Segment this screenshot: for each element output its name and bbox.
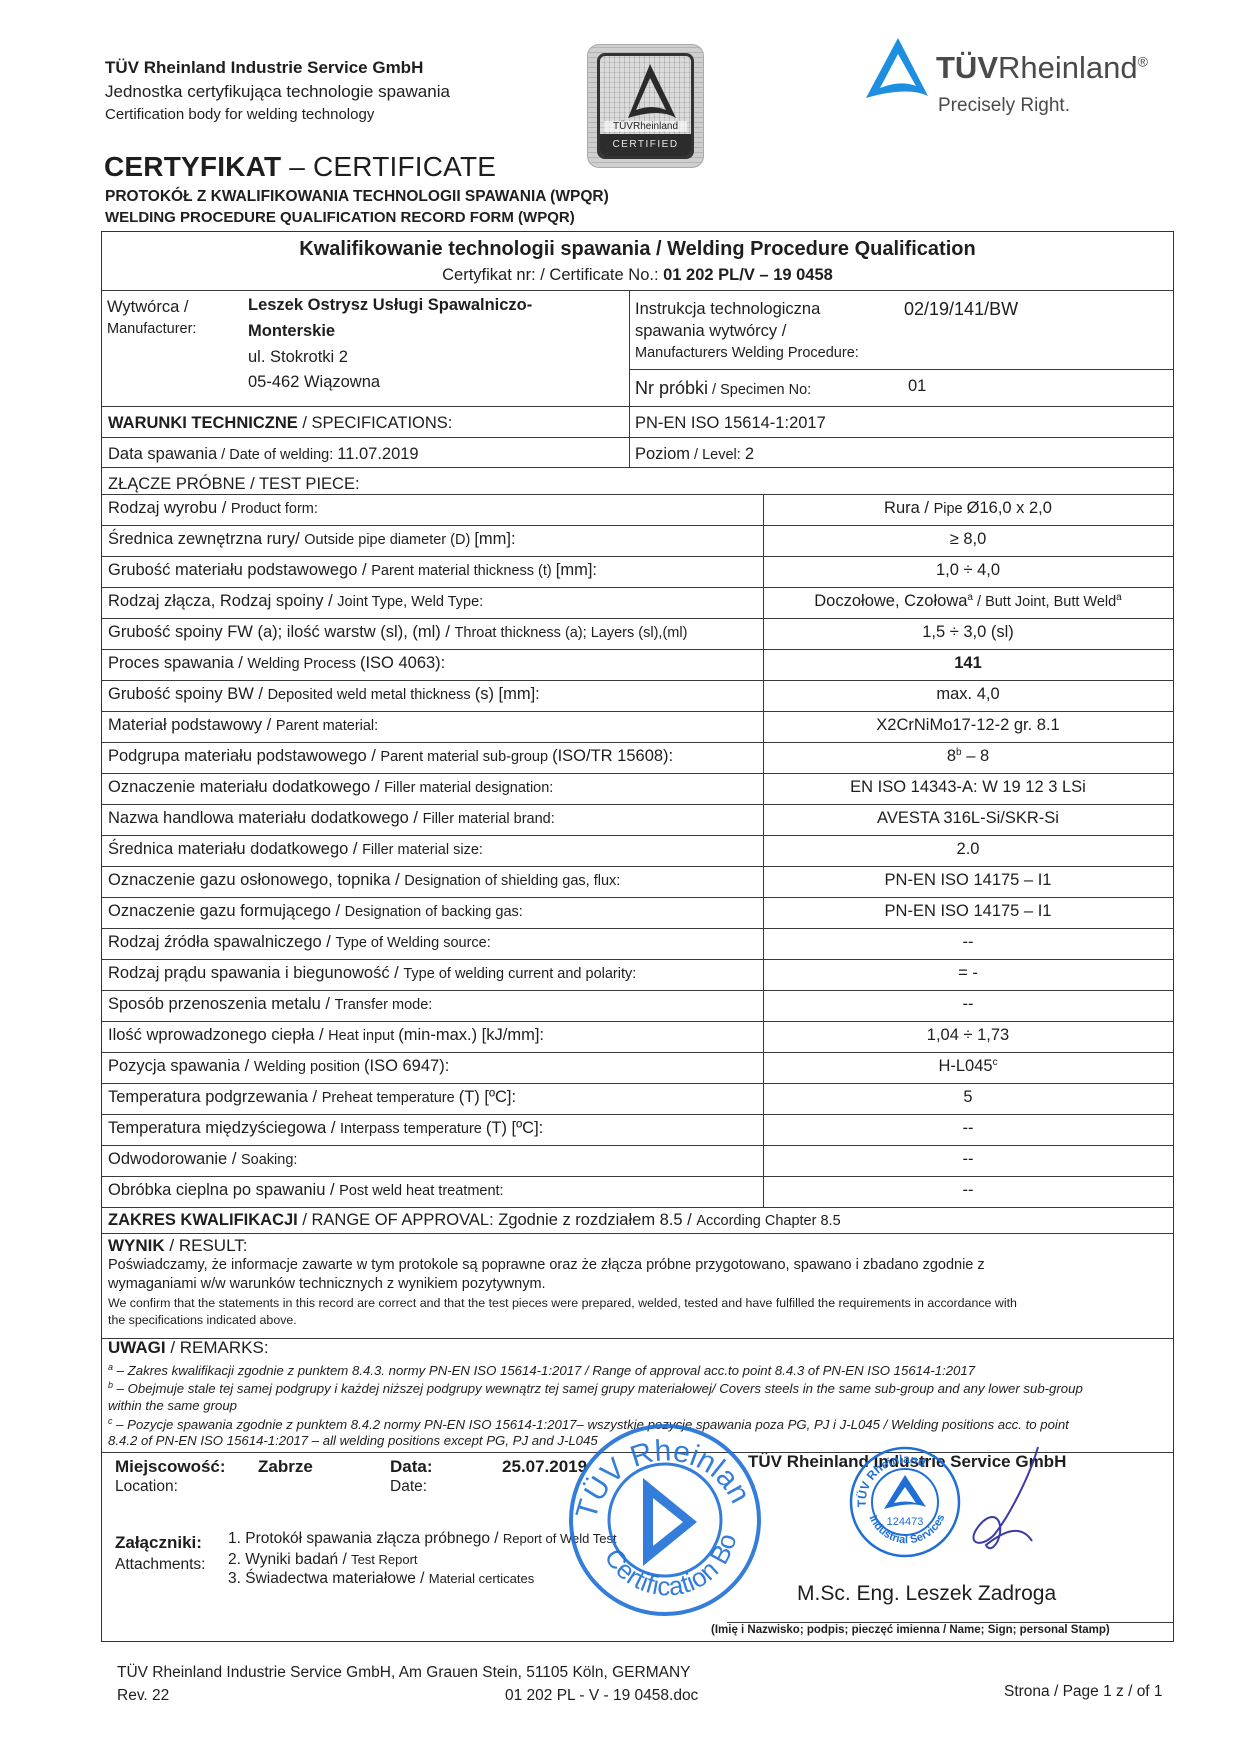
parameter-value: 8b – 8 xyxy=(762,747,1174,766)
procedure-value: 02/19/141/BW xyxy=(904,299,1018,320)
parameter-value: -- xyxy=(762,933,1174,952)
parameter-label: Podgrupa materiału podstawowego / Parent… xyxy=(108,747,673,766)
parameter-label: Rodzaj źródła spawalniczego / Type of We… xyxy=(108,933,491,952)
welding-date: Data spawania / Date of welding: 11.07.2… xyxy=(108,445,419,464)
parameter-label: Rodzaj złącza, Rodzaj spoiny / Joint Typ… xyxy=(108,592,483,611)
tuv-triangle-icon xyxy=(620,62,680,124)
parameter-label: Materiał podstawowy / Parent material: xyxy=(108,716,378,735)
qualification-title: Kwalifikowanie technologii spawania / We… xyxy=(101,238,1174,261)
parameter-label: Oznaczenie gazu formującego / Designatio… xyxy=(108,902,523,921)
attachments-label-en: Attachments: xyxy=(115,1556,205,1574)
footer-revision: Rev. 22 xyxy=(117,1687,169,1705)
parameter-label: Ilość wprowadzonego ciepła / Heat input … xyxy=(108,1026,544,1045)
parameter-value: PN-EN ISO 14175 – I1 xyxy=(762,871,1174,890)
location-label-en: Location: xyxy=(115,1478,178,1496)
parameter-value: Rura / Pipe Ø16,0 x 2,0 xyxy=(762,499,1174,518)
issuer-subtitle-pl: Jednostka certyfikująca technologie spaw… xyxy=(105,82,450,102)
parameter-label: Grubość materiału podstawowego / Parent … xyxy=(108,561,597,580)
parameter-value: -- xyxy=(762,1150,1174,1169)
parameter-label: Rodzaj prądu spawania i biegunowość / Ty… xyxy=(108,964,636,983)
signer-name: M.Sc. Eng. Leszek Zadroga xyxy=(797,1582,1056,1606)
tuv-rheinland-logo-text: TÜVRheinland® xyxy=(936,50,1148,86)
parameter-label: Grubość spoiny FW (a); ilość warstw (sl)… xyxy=(108,623,687,642)
remarks-heading: UWAGI / REMARKS: xyxy=(108,1338,269,1358)
svg-text:TÜV Rheinland: TÜV Rheinland xyxy=(565,1420,757,1523)
specifications-value: PN-EN ISO 15614-1:2017 xyxy=(635,414,826,433)
manufacturer-name-line1: Leszek Ostrysz Usługi Spawalniczo- xyxy=(248,296,532,315)
footer-doc-name: 01 202 PL - V - 19 0458.doc xyxy=(505,1687,698,1705)
parameter-value: 2.0 xyxy=(762,840,1174,859)
result-text-pl-2: wymaganiami w/w warunków technicznych z … xyxy=(108,1276,546,1292)
attachment-item: 3. Świadectwa materiałowe / Material cer… xyxy=(228,1570,534,1588)
specifications-label: WARUNKI TECHNICZNE / SPECIFICATIONS: xyxy=(108,414,452,433)
certificate-title: CERTYFIKAT – CERTIFICATE xyxy=(104,151,496,183)
test-piece-heading: ZŁĄCZE PRÓBNE / TEST PIECE: xyxy=(108,475,360,494)
parameter-label: Obróbka cieplna po spawaniu / Post weld … xyxy=(108,1181,504,1200)
parameter-label: Średnica zewnętrzna rury/ Outside pipe d… xyxy=(108,530,516,549)
attachments-label-pl: Załączniki: xyxy=(115,1533,202,1553)
location-label-pl: Miejscowość: xyxy=(115,1457,226,1477)
date-label-en: Date: xyxy=(390,1478,427,1496)
parameter-label: Temperatura podgrzewania / Preheat tempe… xyxy=(108,1088,516,1107)
issuer-company-name: TÜV Rheinland Industrie Service GmbH xyxy=(105,58,423,78)
signer-caption: (Imię i Nazwisko; podpis; pieczęć imienn… xyxy=(711,1624,1110,1636)
manufacturer-address-city: 05-462 Wiązowna xyxy=(248,373,380,392)
parameter-value: 1,5 ÷ 3,0 (sl) xyxy=(762,623,1174,642)
manufacturer-address-street: ul. Stokrotki 2 xyxy=(248,348,348,367)
specimen-label: Nr próbki / Specimen No: xyxy=(635,378,811,399)
parameter-label: Rodzaj wyrobu / Product form: xyxy=(108,499,318,518)
parameter-label: Proces spawania / Welding Process (ISO 4… xyxy=(108,654,445,673)
parameter-label: Średnica materiału dodatkowego / Filler … xyxy=(108,840,483,859)
date-label-pl: Data: xyxy=(390,1457,433,1477)
certified-hologram-badge: TÜVRheinland CERTIFIED xyxy=(587,44,704,168)
parameter-value: PN-EN ISO 14175 – I1 xyxy=(762,902,1174,921)
parameter-label: Nazwa handlowa materiału dodatkowego / F… xyxy=(108,809,555,828)
parameter-label: Odwodorowanie / Soaking: xyxy=(108,1150,297,1169)
hologram-brand: TÜVRheinland xyxy=(604,121,687,132)
level: Poziom / Level: 2 xyxy=(635,445,754,464)
footer-address: TÜV Rheinland Industrie Service GmbH, Am… xyxy=(117,1664,690,1682)
protocol-title-en: WELDING PROCEDURE QUALIFICATION RECORD F… xyxy=(105,209,575,226)
remark-line: 8.4.2 of PN-EN ISO 15614-1:2017 – all we… xyxy=(108,1433,598,1448)
parameter-value: H-L045c xyxy=(762,1057,1174,1076)
parameter-label: Pozycja spawania / Welding position (ISO… xyxy=(108,1057,449,1076)
specimen-value: 01 xyxy=(908,377,926,396)
manufacturer-label-pl: Wytwórca / xyxy=(107,298,188,317)
parameter-label: Oznaczenie gazu osłonowego, topnika / De… xyxy=(108,871,620,890)
remark-line: within the same group xyxy=(108,1398,237,1413)
parameter-label: Sposób przenoszenia metalu / Transfer mo… xyxy=(108,995,432,1014)
parameter-value: -- xyxy=(762,995,1174,1014)
parameter-value: EN ISO 14343-A: W 19 12 3 LSi xyxy=(762,778,1174,797)
footer-page-number: Strona / Page 1 z / of 1 xyxy=(1004,1683,1163,1701)
procedure-label-en: Manufacturers Welding Procedure: xyxy=(635,345,859,361)
parameter-value: 5 xyxy=(762,1088,1174,1107)
result-text-pl-1: Poświadczamy, że informacje zawarte w ty… xyxy=(108,1257,985,1273)
location-value: Zabrze xyxy=(258,1457,313,1477)
protocol-title-pl: PROTOKÓŁ Z KWALIFIKOWANIA TECHNOLOGII SP… xyxy=(105,188,609,206)
parameter-value: -- xyxy=(762,1119,1174,1138)
parameter-value: 141 xyxy=(762,654,1174,673)
parameter-value: AVESTA 316L-Si/SKR-Si xyxy=(762,809,1174,828)
range-of-approval: ZAKRES KWALIFIKACJI / RANGE OF APPROVAL:… xyxy=(108,1211,841,1230)
parameter-value: 1,04 ÷ 1,73 xyxy=(762,1026,1174,1045)
parameter-value: -- xyxy=(762,1181,1174,1200)
result-text-en-2: the specifications indicated above. xyxy=(108,1313,297,1327)
attachment-item: 2. Wyniki badań / Test Report xyxy=(228,1551,418,1569)
parameter-value: 1,0 ÷ 4,0 xyxy=(762,561,1174,580)
personal-stamp-icon: 124473 TÜV Rheinland Industrial Services xyxy=(848,1445,963,1560)
parameter-value: Doczołowe, Czołowaa / Butt Joint, Butt W… xyxy=(762,592,1174,611)
parameter-value: = - xyxy=(762,964,1174,983)
manufacturer-label-en: Manufacturer: xyxy=(107,321,196,337)
procedure-label-pl2: spawania wytwórcy / xyxy=(635,322,786,341)
parameter-value: X2CrNiMo17-12-2 gr. 8.1 xyxy=(762,716,1174,735)
remark-line: a – Zakres kwalifikacji zgodnie z punkte… xyxy=(108,1362,975,1378)
issuer-subtitle-en: Certification body for welding technolog… xyxy=(105,106,374,123)
procedure-label-pl1: Instrukcja technologiczna xyxy=(635,300,820,319)
attachment-item: 1. Protokół spawania złącza próbnego / R… xyxy=(228,1530,617,1548)
result-text-en-1: We confirm that the statements in this r… xyxy=(108,1296,1017,1310)
parameter-label: Temperatura międzyściegowa / Interpass t… xyxy=(108,1119,543,1138)
signature-icon xyxy=(950,1445,1060,1565)
remark-line: b – Obejmuje stale tej samej podgrupy i … xyxy=(108,1380,1083,1396)
certification-body-stamp-icon: TÜV Rheinland Certification Body xyxy=(565,1420,765,1620)
parameter-value: max. 4,0 xyxy=(762,685,1174,704)
hologram-label: CERTIFIED xyxy=(600,134,691,156)
result-heading: WYNIK / RESULT: xyxy=(108,1236,248,1256)
certificate-number: Certyfikat nr: / Certificate No.: 01 202… xyxy=(101,266,1174,285)
parameter-label: Oznaczenie materiału dodatkowego / Fille… xyxy=(108,778,553,797)
manufacturer-name-line2: Monterskie xyxy=(248,322,335,341)
parameter-label: Grubość spoiny BW / Deposited weld metal… xyxy=(108,685,540,704)
tuv-rheinland-logo-icon xyxy=(862,36,932,102)
parameter-value: ≥ 8,0 xyxy=(762,530,1174,549)
logo-slogan: Precisely Right. xyxy=(938,95,1070,117)
svg-text:124473: 124473 xyxy=(887,1516,924,1528)
